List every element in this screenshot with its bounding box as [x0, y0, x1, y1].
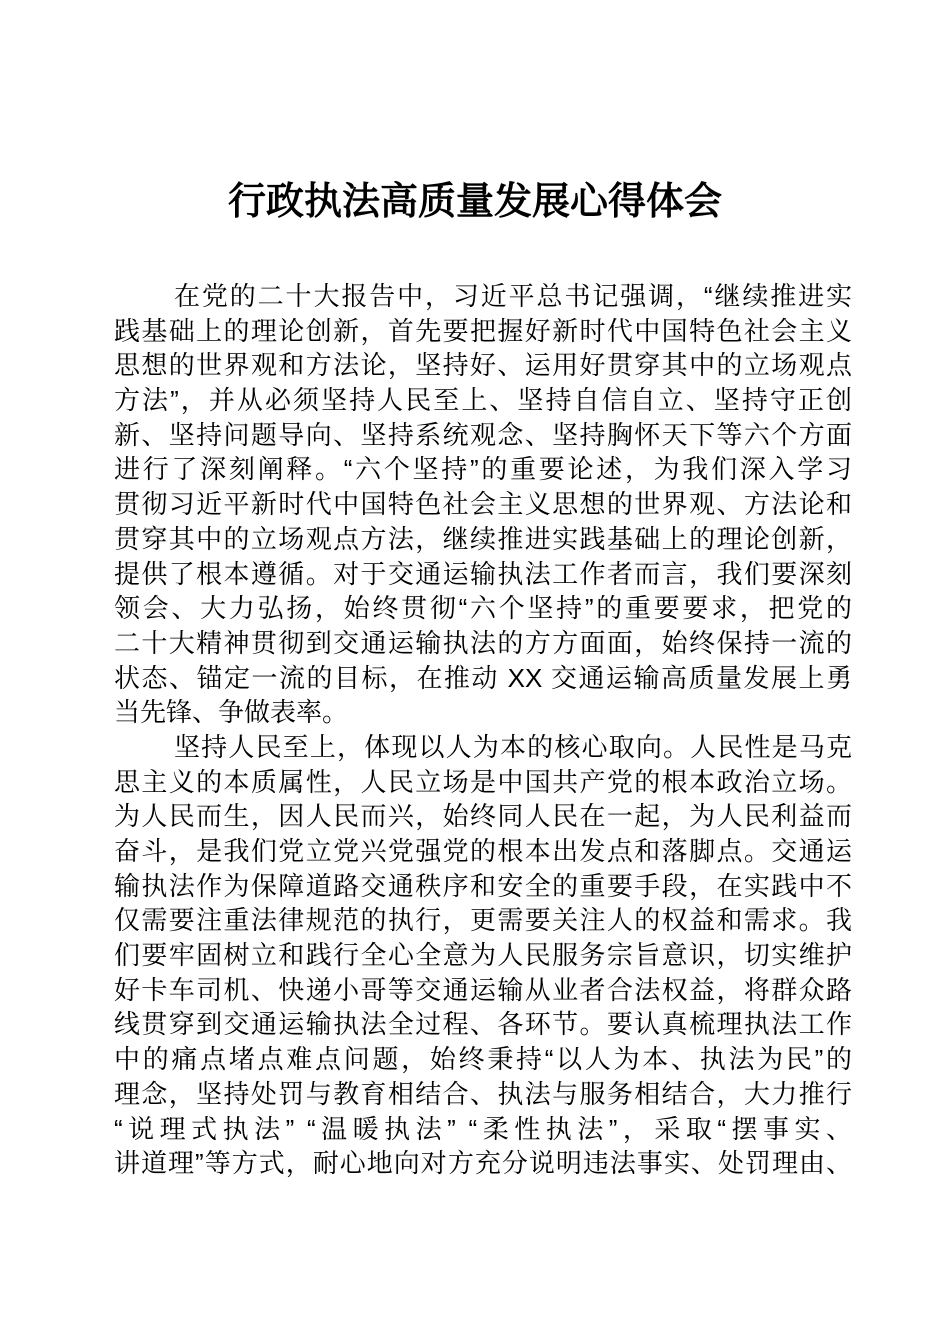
- document-title: 行政执法高质量发展心得体会: [0, 179, 950, 225]
- text-line: “说理式执法” “温暖执法” “柔性执法”，采取“摆事实、: [114, 1112, 852, 1147]
- text-line: 理念，坚持处罚与教育相结合、执法与服务相结合，大力推行: [114, 1077, 852, 1112]
- text-line: 坚持人民至上，体现以人为本的核心取向。人民性是马克: [114, 730, 852, 765]
- text-line: 践基础上的理论创新，首先要把握好新时代中国特色社会主义: [114, 314, 852, 349]
- text-line: 输执法作为保障道路交通秩序和安全的重要手段，在实践中不: [114, 869, 852, 904]
- text-line: 好卡车司机、快递小哥等交通运输从业者合法权益，将群众路: [114, 973, 852, 1008]
- text-line: 贯穿其中的立场观点方法，继续推进实践基础上的理论创新，: [114, 522, 852, 557]
- text-line: 思主义的本质属性，人民立场是中国共产党的根本政治立场。: [114, 765, 852, 800]
- text-line: 领会、大力弘扬，始终贯彻“六个坚持”的重要要求，把党的: [114, 591, 852, 626]
- text-line: 奋斗，是我们党立党兴党强党的根本出发点和落脚点。交通运: [114, 834, 852, 869]
- text-line: 线贯穿到交通运输执法全过程、各环节。要认真梳理执法工作: [114, 1007, 852, 1042]
- paragraph-2: 坚持人民至上，体现以人为本的核心取向。人民性是马克 思主义的本质属性，人民立场是…: [114, 730, 852, 1181]
- document-body: 在党的二十大报告中，习近平总书记强调，“继续推进实 践基础上的理论创新，首先要把…: [114, 279, 852, 1181]
- text-line: 思想的世界观和方法论，坚持好、运用好贯穿其中的立场观点: [114, 348, 852, 383]
- paragraph-1: 在党的二十大报告中，习近平总书记强调，“继续推进实 践基础上的理论创新，首先要把…: [114, 279, 852, 730]
- text-line: 讲道理”等方式，耐心地向对方充分说明违法事实、处罚理由、: [114, 1146, 852, 1181]
- document-page: 行政执法高质量发展心得体会 在党的二十大报告中，习近平总书记强调，“继续推进实 …: [0, 0, 950, 1344]
- text-line: 二十大精神贯彻到交通运输执法的方方面面，始终保持一流的: [114, 626, 852, 661]
- text-line: 方法”，并从必须坚持人民至上、坚持自信自立、坚持守正创: [114, 383, 852, 418]
- text-line: 当先锋、争做表率。: [114, 695, 852, 730]
- text-line: 中的痛点堵点难点问题，始终秉持“以人为本、执法为民”的: [114, 1042, 852, 1077]
- text-line: 在党的二十大报告中，习近平总书记强调，“继续推进实: [114, 279, 852, 314]
- text-line: 提供了根本遵循。对于交通运输执法工作者而言，我们要深刻: [114, 557, 852, 592]
- text-line: 贯彻习近平新时代中国特色社会主义思想的世界观、方法论和: [114, 487, 852, 522]
- text-line: 仅需要注重法律规范的执行，更需要关注人的权益和需求。我: [114, 903, 852, 938]
- text-line: 进行了深刻阐释。“六个坚持”的重要论述，为我们深入学习: [114, 452, 852, 487]
- text-line: 新、坚持问题导向、坚持系统观念、坚持胸怀天下等六个方面: [114, 418, 852, 453]
- text-line: 为人民而生，因人民而兴，始终同人民在一起，为人民利益而: [114, 799, 852, 834]
- text-line: 状态、锚定一流的目标，在推动 XX 交通运输高质量发展上勇: [114, 661, 852, 696]
- text-line: 们要牢固树立和践行全心全意为人民服务宗旨意识，切实维护: [114, 938, 852, 973]
